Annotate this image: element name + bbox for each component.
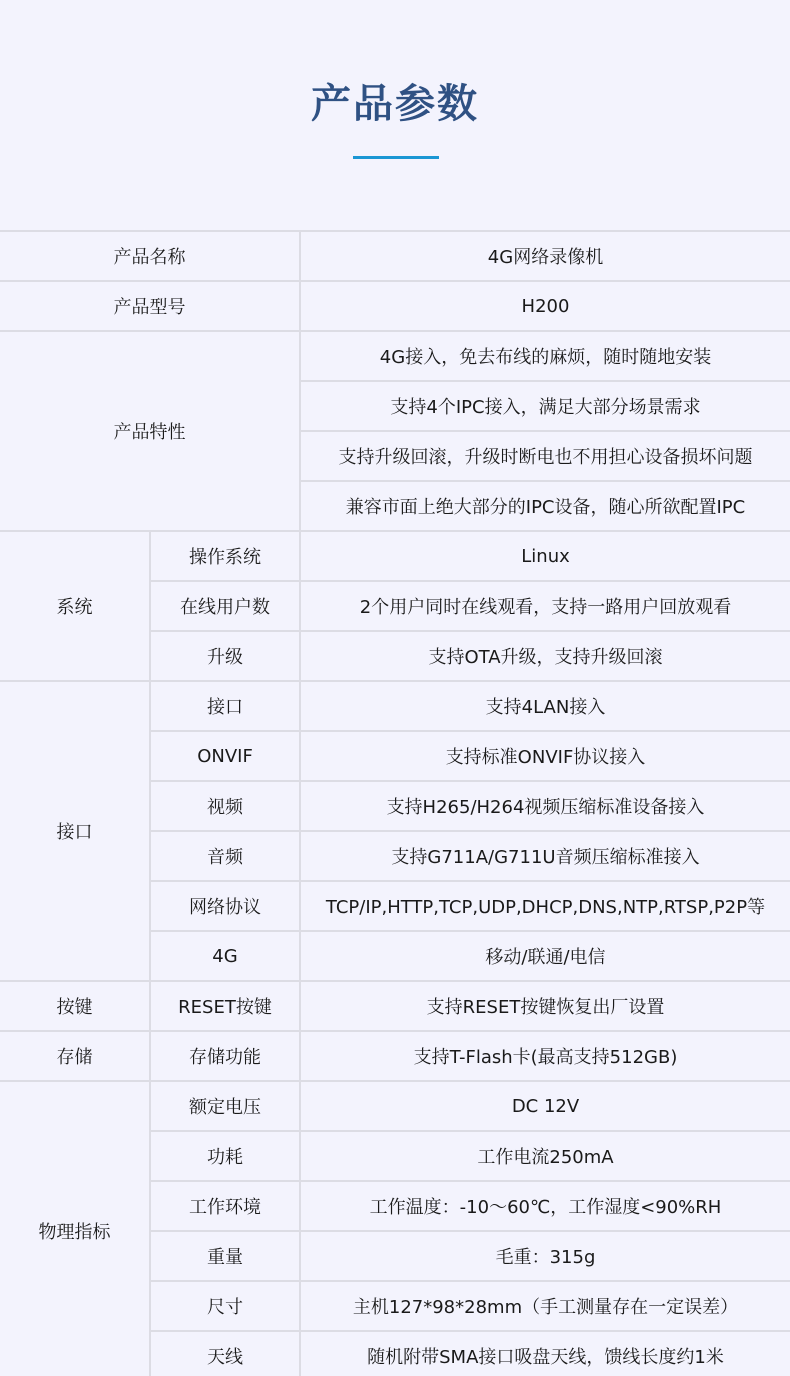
spec-key: 重量: [150, 1231, 300, 1281]
spec-key: 在线用户数: [150, 581, 300, 631]
group-label: 存储: [0, 1031, 150, 1081]
title-underline: [353, 156, 439, 159]
spec-value: 支持4个IPC接入，满足大部分场景需求: [300, 381, 790, 431]
table-row: 产品名称 4G网络录像机: [0, 231, 790, 281]
table-row: 系统 操作系统 Linux: [0, 531, 790, 581]
spec-value: DC 12V: [300, 1081, 790, 1131]
table-row: 物理指标 额定电压 DC 12V: [0, 1081, 790, 1131]
spec-value: H200: [300, 281, 790, 331]
spec-label: 产品名称: [0, 231, 300, 281]
table-row: 产品特性 4G接入，免去布线的麻烦，随时随地安装: [0, 331, 790, 381]
spec-value: 支持G711A/G711U音频压缩标准接入: [300, 831, 790, 881]
spec-value: 4G网络录像机: [300, 231, 790, 281]
spec-value: 主机127*98*28mm（手工测量存在一定误差）: [300, 1281, 790, 1331]
table-row: 存储 存储功能 支持T-Flash卡(最高支持512GB): [0, 1031, 790, 1081]
spec-value: 2个用户同时在线观看，支持一路用户回放观看: [300, 581, 790, 631]
page-header: 产品参数: [0, 0, 790, 230]
spec-key: 尺寸: [150, 1281, 300, 1331]
table-row: 产品型号 H200: [0, 281, 790, 331]
spec-key: 功耗: [150, 1131, 300, 1181]
spec-key: RESET按键: [150, 981, 300, 1031]
group-label: 按键: [0, 981, 150, 1031]
spec-value: 支持T-Flash卡(最高支持512GB): [300, 1031, 790, 1081]
spec-value: Linux: [300, 531, 790, 581]
spec-value: 移动/联通/电信: [300, 931, 790, 981]
spec-value: 随机附带SMA接口吸盘天线，馈线长度约1米: [300, 1331, 790, 1376]
spec-key: 升级: [150, 631, 300, 681]
spec-table: 产品名称 4G网络录像机 产品型号 H200 产品特性 4G接入，免去布线的麻烦…: [0, 230, 790, 1376]
page-title: 产品参数: [0, 76, 790, 132]
spec-value: TCP/IP,HTTP,TCP,UDP,DHCP,DNS,NTP,RTSP,P2…: [300, 881, 790, 931]
spec-label: 产品型号: [0, 281, 300, 331]
spec-value: 工作电流250mA: [300, 1131, 790, 1181]
table-row: 接口 接口 支持4LAN接入: [0, 681, 790, 731]
spec-value: 工作温度：-10～60℃，工作湿度<90%RH: [300, 1181, 790, 1231]
spec-key: 存储功能: [150, 1031, 300, 1081]
table-row: 按键 RESET按键 支持RESET按键恢复出厂设置: [0, 981, 790, 1031]
spec-label: 产品特性: [0, 331, 300, 531]
spec-value: 4G接入，免去布线的麻烦，随时随地安装: [300, 331, 790, 381]
spec-value: 支持H265/H264视频压缩标准设备接入: [300, 781, 790, 831]
spec-key: 天线: [150, 1331, 300, 1376]
spec-value: 支持OTA升级，支持升级回滚: [300, 631, 790, 681]
group-label: 系统: [0, 531, 150, 681]
spec-key: 音频: [150, 831, 300, 881]
spec-value: 支持升级回滚，升级时断电也不用担心设备损坏问题: [300, 431, 790, 481]
group-label: 接口: [0, 681, 150, 981]
spec-key: 接口: [150, 681, 300, 731]
spec-value: 支持标准ONVIF协议接入: [300, 731, 790, 781]
spec-key: 工作环境: [150, 1181, 300, 1231]
spec-key: 额定电压: [150, 1081, 300, 1131]
spec-key: 4G: [150, 931, 300, 981]
group-label: 物理指标: [0, 1081, 150, 1376]
spec-value: 毛重：315g: [300, 1231, 790, 1281]
spec-value: 兼容市面上绝大部分的IPC设备，随心所欲配置IPC: [300, 481, 790, 531]
spec-value: 支持RESET按键恢复出厂设置: [300, 981, 790, 1031]
spec-key: 视频: [150, 781, 300, 831]
spec-key: ONVIF: [150, 731, 300, 781]
spec-key: 操作系统: [150, 531, 300, 581]
spec-key: 网络协议: [150, 881, 300, 931]
spec-value: 支持4LAN接入: [300, 681, 790, 731]
